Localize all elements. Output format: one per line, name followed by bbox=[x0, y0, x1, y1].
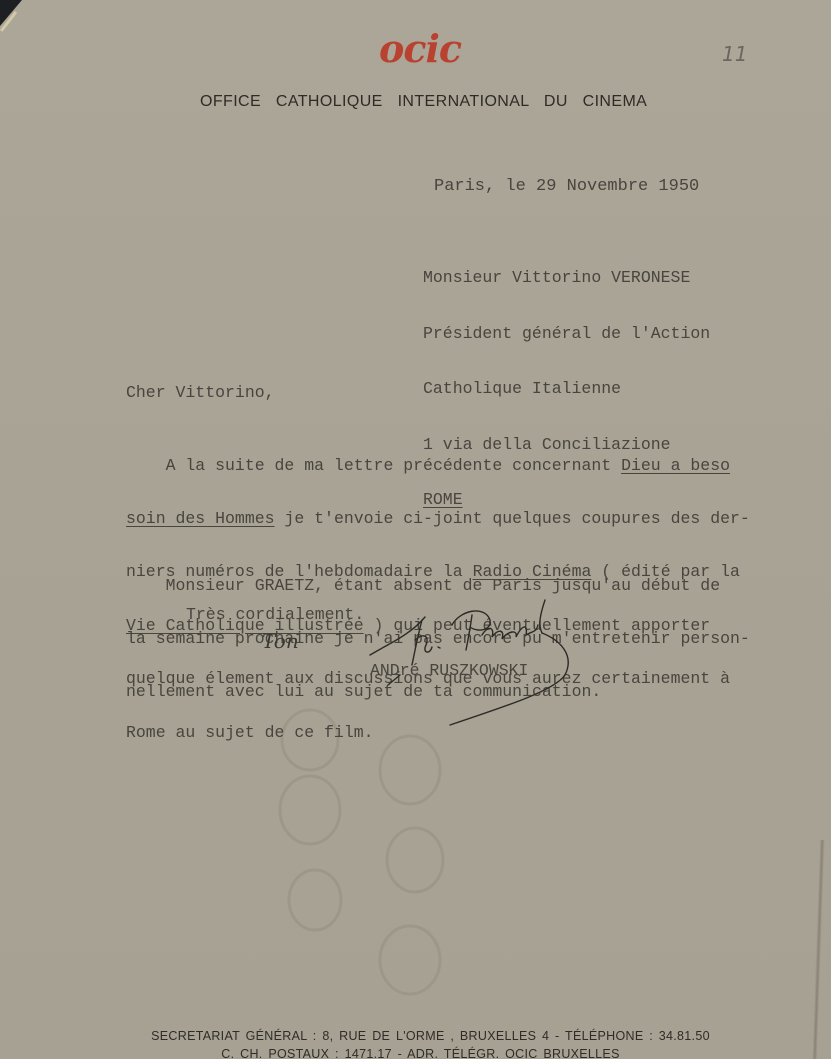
organization-name: OFFICE CATHOLIQUE INTERNATIONAL DU CINEM… bbox=[200, 93, 647, 111]
handwritten-page-number: 11 bbox=[722, 42, 747, 66]
para2-line1: Monsieur GRAETZ, étant absent de Paris j… bbox=[126, 577, 750, 595]
para1-line2-text: je t'envoie ci-joint quelques coupures d… bbox=[275, 509, 750, 528]
salutation: Cher Vittorino, bbox=[126, 384, 275, 403]
handwritten-note: Ton bbox=[262, 629, 299, 653]
film-title: Dieu a beso bbox=[621, 456, 730, 475]
footer-address-line: SECRETARIAT GÉNÉRAL : 8, RUE DE L'ORME ,… bbox=[0, 1027, 831, 1045]
letterhead-footer: SECRETARIAT GÉNÉRAL : 8, RUE DE L'ORME ,… bbox=[0, 1027, 831, 1059]
signer-name: ANDré RUSZKOWSKI bbox=[370, 662, 528, 681]
recipient-name: Monsieur Vittorino VERONESE bbox=[423, 269, 710, 288]
para1-line1-text: A la suite de ma lettre précédente conce… bbox=[126, 456, 621, 475]
ocic-logo: ocic bbox=[379, 26, 461, 71]
recipient-organization: Catholique Italienne bbox=[423, 380, 710, 399]
closing: Très cordialement. bbox=[186, 606, 364, 625]
date-line: Paris, le 29 Novembre 1950 bbox=[434, 178, 699, 197]
recipient-title: Président général de l'Action bbox=[423, 325, 710, 344]
page-corner-shadow bbox=[0, 0, 22, 26]
footer-postal-line: C. CH. POSTAUX : 1471.17 - ADR. TÉLÉGR. … bbox=[0, 1045, 831, 1059]
film-title-cont: soin des Hommes bbox=[126, 509, 275, 528]
letter-page: ocic 11 OFFICE CATHOLIQUE INTERNATIONAL … bbox=[0, 0, 831, 1059]
